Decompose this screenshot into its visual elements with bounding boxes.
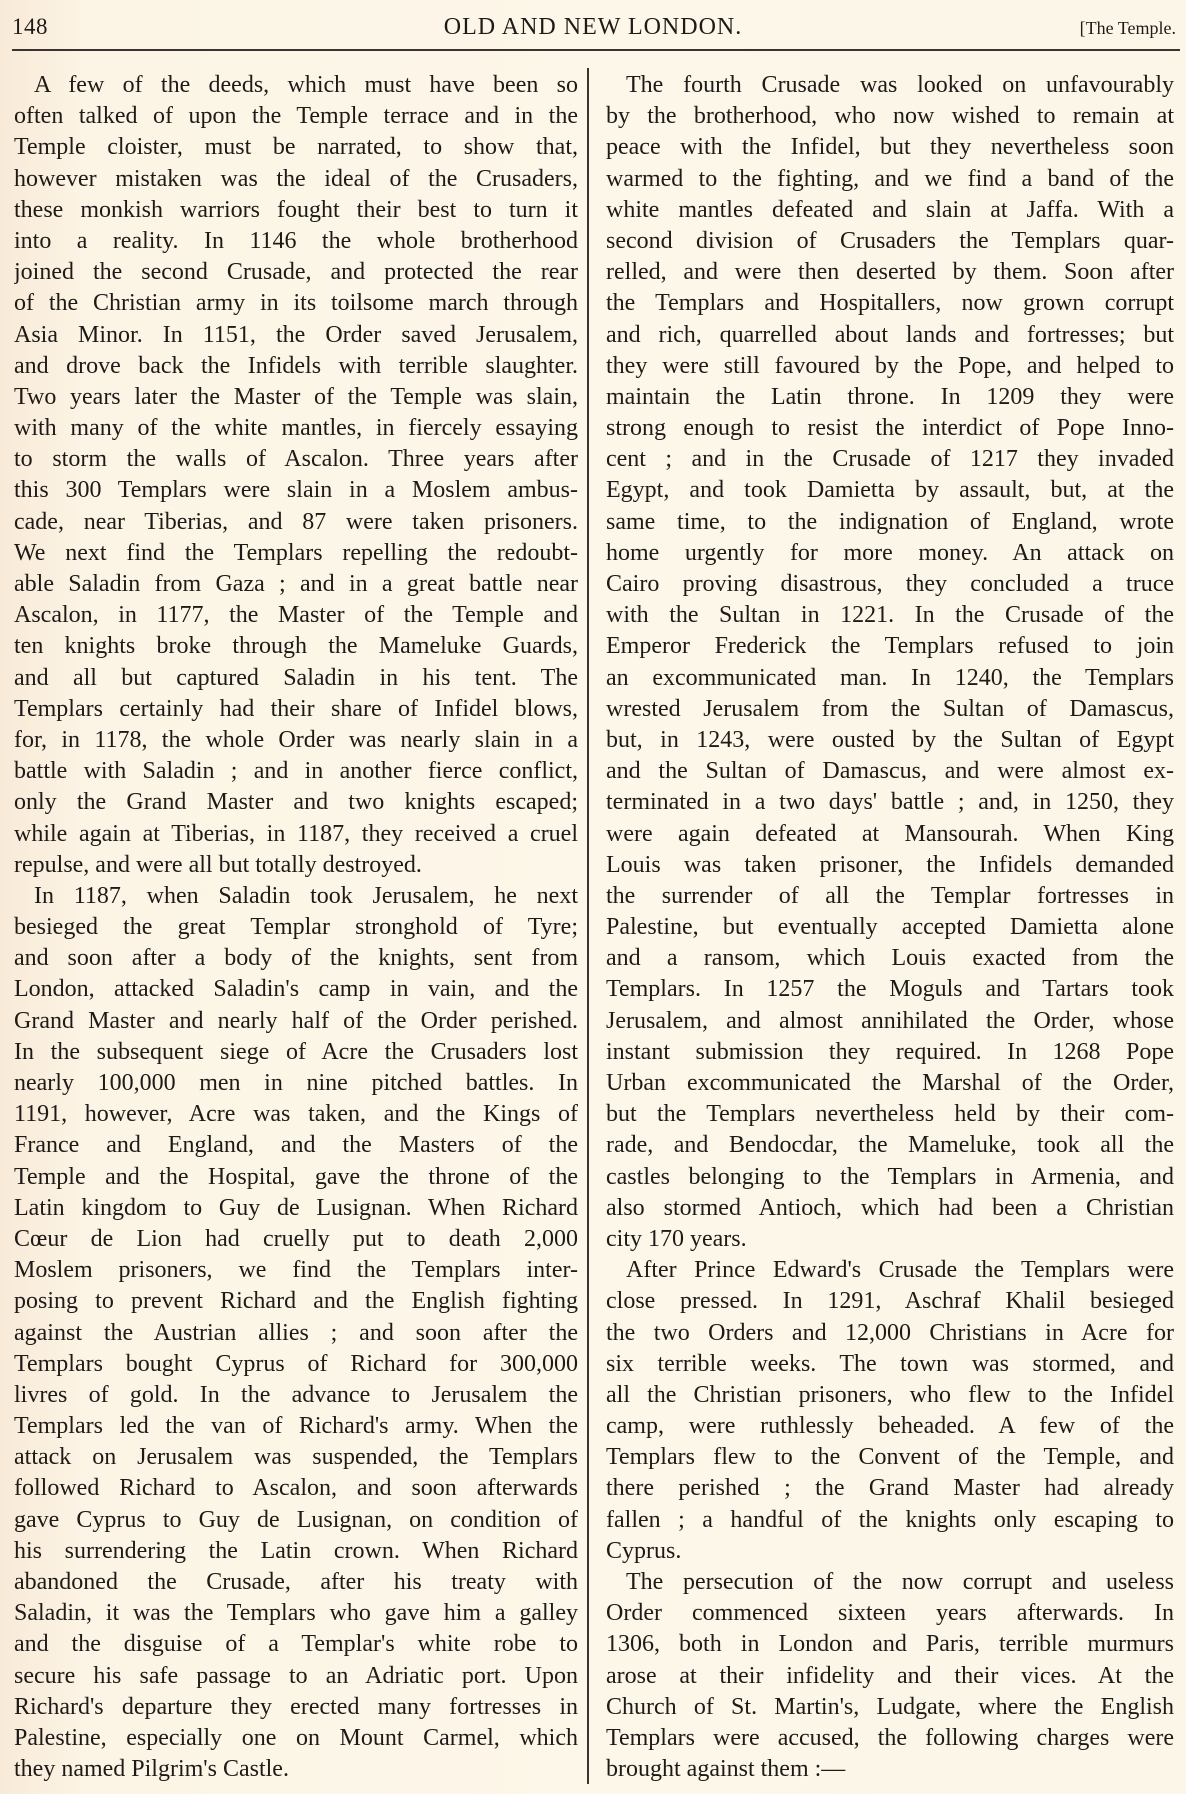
- text-line: After Prince Edward's Crusade the Templa…: [606, 1255, 1174, 1286]
- text-line: abandoned the Crusade, after his treaty …: [14, 1567, 578, 1598]
- text-line: France and England, and the Masters of t…: [14, 1130, 578, 1161]
- running-title: OLD AND NEW LONDON.: [0, 14, 1186, 41]
- text-line: strong enough to resist the interdict of…: [606, 413, 1174, 444]
- text-line: second division of Crusaders the Templar…: [606, 226, 1174, 257]
- text-line: joined the second Crusade, and protected…: [14, 257, 578, 288]
- text-line: all the Christian prisoners, who flew to…: [606, 1380, 1174, 1411]
- text-line: of the Christian army in its toilsome ma…: [14, 288, 578, 319]
- text-line: Templars flew to the Convent of the Temp…: [606, 1442, 1174, 1473]
- text-line: rade, and Bendocdar, the Mameluke, took …: [606, 1130, 1174, 1161]
- text-line: London, attacked Saladin's camp in vain,…: [14, 974, 578, 1005]
- text-line: castles belonging to the Templars in Arm…: [606, 1162, 1174, 1193]
- text-line: an excommunicated man. In 1240, the Temp…: [606, 663, 1174, 694]
- text-line: cade, near Tiberias, and 87 were taken p…: [14, 507, 578, 538]
- text-line: with the Sultan in 1221. In the Crusade …: [606, 600, 1174, 631]
- text-line: to storm the walls of Ascalon. Three yea…: [14, 444, 578, 475]
- text-line: by the brotherhood, who now wished to re…: [606, 101, 1174, 132]
- text-line: while again at Tiberias, in 1187, they r…: [14, 819, 578, 850]
- text-line: the surrender of all the Templar fortres…: [606, 881, 1174, 912]
- text-line: 1306, both in London and Paris, terrible…: [606, 1629, 1174, 1660]
- text-line: Cyprus.: [606, 1536, 1174, 1567]
- text-line: Temple cloister, must be narrated, to sh…: [14, 132, 578, 163]
- text-line: wrested Jerusalem from the Sultan of Dam…: [606, 694, 1174, 725]
- text-line: there perished ; the Grand Master had al…: [606, 1473, 1174, 1504]
- text-line: same time, to the indignation of England…: [606, 507, 1174, 538]
- header-rule: [12, 49, 1180, 51]
- section-title: [The Temple.: [1080, 18, 1176, 39]
- text-line: posing to prevent Richard and the Englis…: [14, 1286, 578, 1317]
- text-line: 1191, however, Acre was taken, and the K…: [14, 1099, 578, 1130]
- text-line: Templars led the van of Richard's army. …: [14, 1411, 578, 1442]
- page-header: 148 OLD AND NEW LONDON. [The Temple.: [0, 0, 1186, 56]
- column-divider: [587, 68, 589, 1784]
- text-line: this 300 Templars were slain in a Moslem…: [14, 475, 578, 506]
- text-line: Order commenced sixteen years afterwards…: [606, 1598, 1174, 1629]
- text-line: but the Templars nevertheless held by th…: [606, 1099, 1174, 1130]
- text-line: peace with the Infidel, but they neverth…: [606, 132, 1174, 163]
- text-line: The fourth Crusade was looked on unfavou…: [606, 70, 1174, 101]
- text-line: Moslem prisoners, we find the Templars i…: [14, 1255, 578, 1286]
- text-line: besieged the great Templar stronghold of…: [14, 912, 578, 943]
- left-column: A few of the deeds, which must have been…: [14, 70, 578, 1785]
- text-line: and all but captured Saladin in his tent…: [14, 663, 578, 694]
- text-line: however mistaken was the ideal of the Cr…: [14, 164, 578, 195]
- text-line: home urgently for more money. An attack …: [606, 538, 1174, 569]
- text-line: repulse, and were all but totally destro…: [14, 850, 578, 881]
- text-line: but, in 1243, were ousted by the Sultan …: [606, 725, 1174, 756]
- text-line: Saladin, it was the Templars who gave hi…: [14, 1598, 578, 1629]
- text-line: and soon after a body of the knights, se…: [14, 943, 578, 974]
- text-line: close pressed. In 1291, Aschraf Khalil b…: [606, 1286, 1174, 1317]
- text-line: brought against them :—: [606, 1754, 1174, 1785]
- text-line: against the Austrian allies ; and soon a…: [14, 1318, 578, 1349]
- text-line: able Saladin from Gaza ; and in a great …: [14, 569, 578, 600]
- text-line: often talked of upon the Temple terrace …: [14, 101, 578, 132]
- text-line: Asia Minor. In 1151, the Order saved Jer…: [14, 320, 578, 351]
- text-line: Church of St. Martin's, Ludgate, where t…: [606, 1692, 1174, 1723]
- text-line: In the subsequent siege of Acre the Crus…: [14, 1037, 578, 1068]
- text-line: terminated in a two days' battle ; and, …: [606, 787, 1174, 818]
- text-line: into a reality. In 1146 the whole brothe…: [14, 226, 578, 257]
- text-line: attack on Jerusalem was suspended, the T…: [14, 1442, 578, 1473]
- text-line: Templars certainly had their share of In…: [14, 694, 578, 725]
- text-line: In 1187, when Saladin took Jerusalem, he…: [14, 881, 578, 912]
- text-line: Palestine, but eventually accepted Damie…: [606, 912, 1174, 943]
- text-line: relled, and were then deserted by them. …: [606, 257, 1174, 288]
- text-line: the two Orders and 12,000 Christians in …: [606, 1318, 1174, 1349]
- text-line: maintain the Latin throne. In 1209 they …: [606, 382, 1174, 413]
- text-line: Jerusalem, and almost annihilated the Or…: [606, 1006, 1174, 1037]
- text-line: and rich, quarrelled about lands and for…: [606, 320, 1174, 351]
- text-line: Urban excommunicated the Marshal of the …: [606, 1068, 1174, 1099]
- text-line: Emperor Frederick the Templars refused t…: [606, 631, 1174, 662]
- text-line: they named Pilgrim's Castle.: [14, 1754, 578, 1785]
- text-line: with many of the white mantles, in fierc…: [14, 413, 578, 444]
- text-line: Temple and the Hospital, gave the throne…: [14, 1162, 578, 1193]
- right-column: The fourth Crusade was looked on unfavou…: [606, 70, 1174, 1785]
- text-line: Cœur de Lion had cruelly put to death 2,…: [14, 1224, 578, 1255]
- text-line: ten knights broke through the Mameluke G…: [14, 631, 578, 662]
- text-line: gave Cyprus to Guy de Lusignan, on condi…: [14, 1505, 578, 1536]
- text-line: Templars. In 1257 the Moguls and Tartars…: [606, 974, 1174, 1005]
- text-line: secure his safe passage to an Adriatic p…: [14, 1661, 578, 1692]
- text-line: city 170 years.: [606, 1224, 1174, 1255]
- text-line: and the Sultan of Damascus, and were alm…: [606, 756, 1174, 787]
- text-line: arose at their infidelity and their vice…: [606, 1661, 1174, 1692]
- text-line: also stormed Antioch, which had been a C…: [606, 1193, 1174, 1224]
- text-line: Two years later the Master of the Temple…: [14, 382, 578, 413]
- text-line: We next find the Templars repelling the …: [14, 538, 578, 569]
- text-line: Richard's departure they erected many fo…: [14, 1692, 578, 1723]
- text-line: Louis was taken prisoner, the Infidels d…: [606, 850, 1174, 881]
- text-line: Egypt, and took Damietta by assault, but…: [606, 475, 1174, 506]
- text-line: six terrible weeks. The town was stormed…: [606, 1349, 1174, 1380]
- text-line: Templars were accused, the following cha…: [606, 1723, 1174, 1754]
- text-line: they were still favoured by the Pope, an…: [606, 351, 1174, 382]
- text-line: A few of the deeds, which must have been…: [14, 70, 578, 101]
- text-line: Templars bought Cyprus of Richard for 30…: [14, 1349, 578, 1380]
- text-line: Palestine, especially one on Mount Carme…: [14, 1723, 578, 1754]
- text-line: the Templars and Hospitallers, now grown…: [606, 288, 1174, 319]
- text-line: camp, were ruthlessly beheaded. A few of…: [606, 1411, 1174, 1442]
- text-line: The persecution of the now corrupt and u…: [606, 1567, 1174, 1598]
- text-line: and the disguise of a Templar's white ro…: [14, 1629, 578, 1660]
- text-line: battle with Saladin ; and in another fie…: [14, 756, 578, 787]
- text-line: white mantles defeated and slain at Jaff…: [606, 195, 1174, 226]
- text-line: Cairo proving disastrous, they concluded…: [606, 569, 1174, 600]
- text-line: his surrendering the Latin crown. When R…: [14, 1536, 578, 1567]
- text-line: Latin kingdom to Guy de Lusignan. When R…: [14, 1193, 578, 1224]
- text-line: these monkish warriors fought their best…: [14, 195, 578, 226]
- text-line: warmed to the fighting, and we find a ba…: [606, 164, 1174, 195]
- text-line: were again defeated at Mansourah. When K…: [606, 819, 1174, 850]
- text-line: fallen ; a handful of the knights only e…: [606, 1505, 1174, 1536]
- text-line: only the Grand Master and two knights es…: [14, 787, 578, 818]
- text-line: Grand Master and nearly half of the Orde…: [14, 1006, 578, 1037]
- text-line: cent ; and in the Crusade of 1217 they i…: [606, 444, 1174, 475]
- text-line: instant submission they required. In 126…: [606, 1037, 1174, 1068]
- text-line: and drove back the Infidels with terribl…: [14, 351, 578, 382]
- text-line: followed Richard to Ascalon, and soon af…: [14, 1473, 578, 1504]
- text-line: Ascalon, in 1177, the Master of the Temp…: [14, 600, 578, 631]
- text-line: livres of gold. In the advance to Jerusa…: [14, 1380, 578, 1411]
- text-line: nearly 100,000 men in nine pitched battl…: [14, 1068, 578, 1099]
- text-line: and a ransom, which Louis exacted from t…: [606, 943, 1174, 974]
- text-line: for, in 1178, the whole Order was nearly…: [14, 725, 578, 756]
